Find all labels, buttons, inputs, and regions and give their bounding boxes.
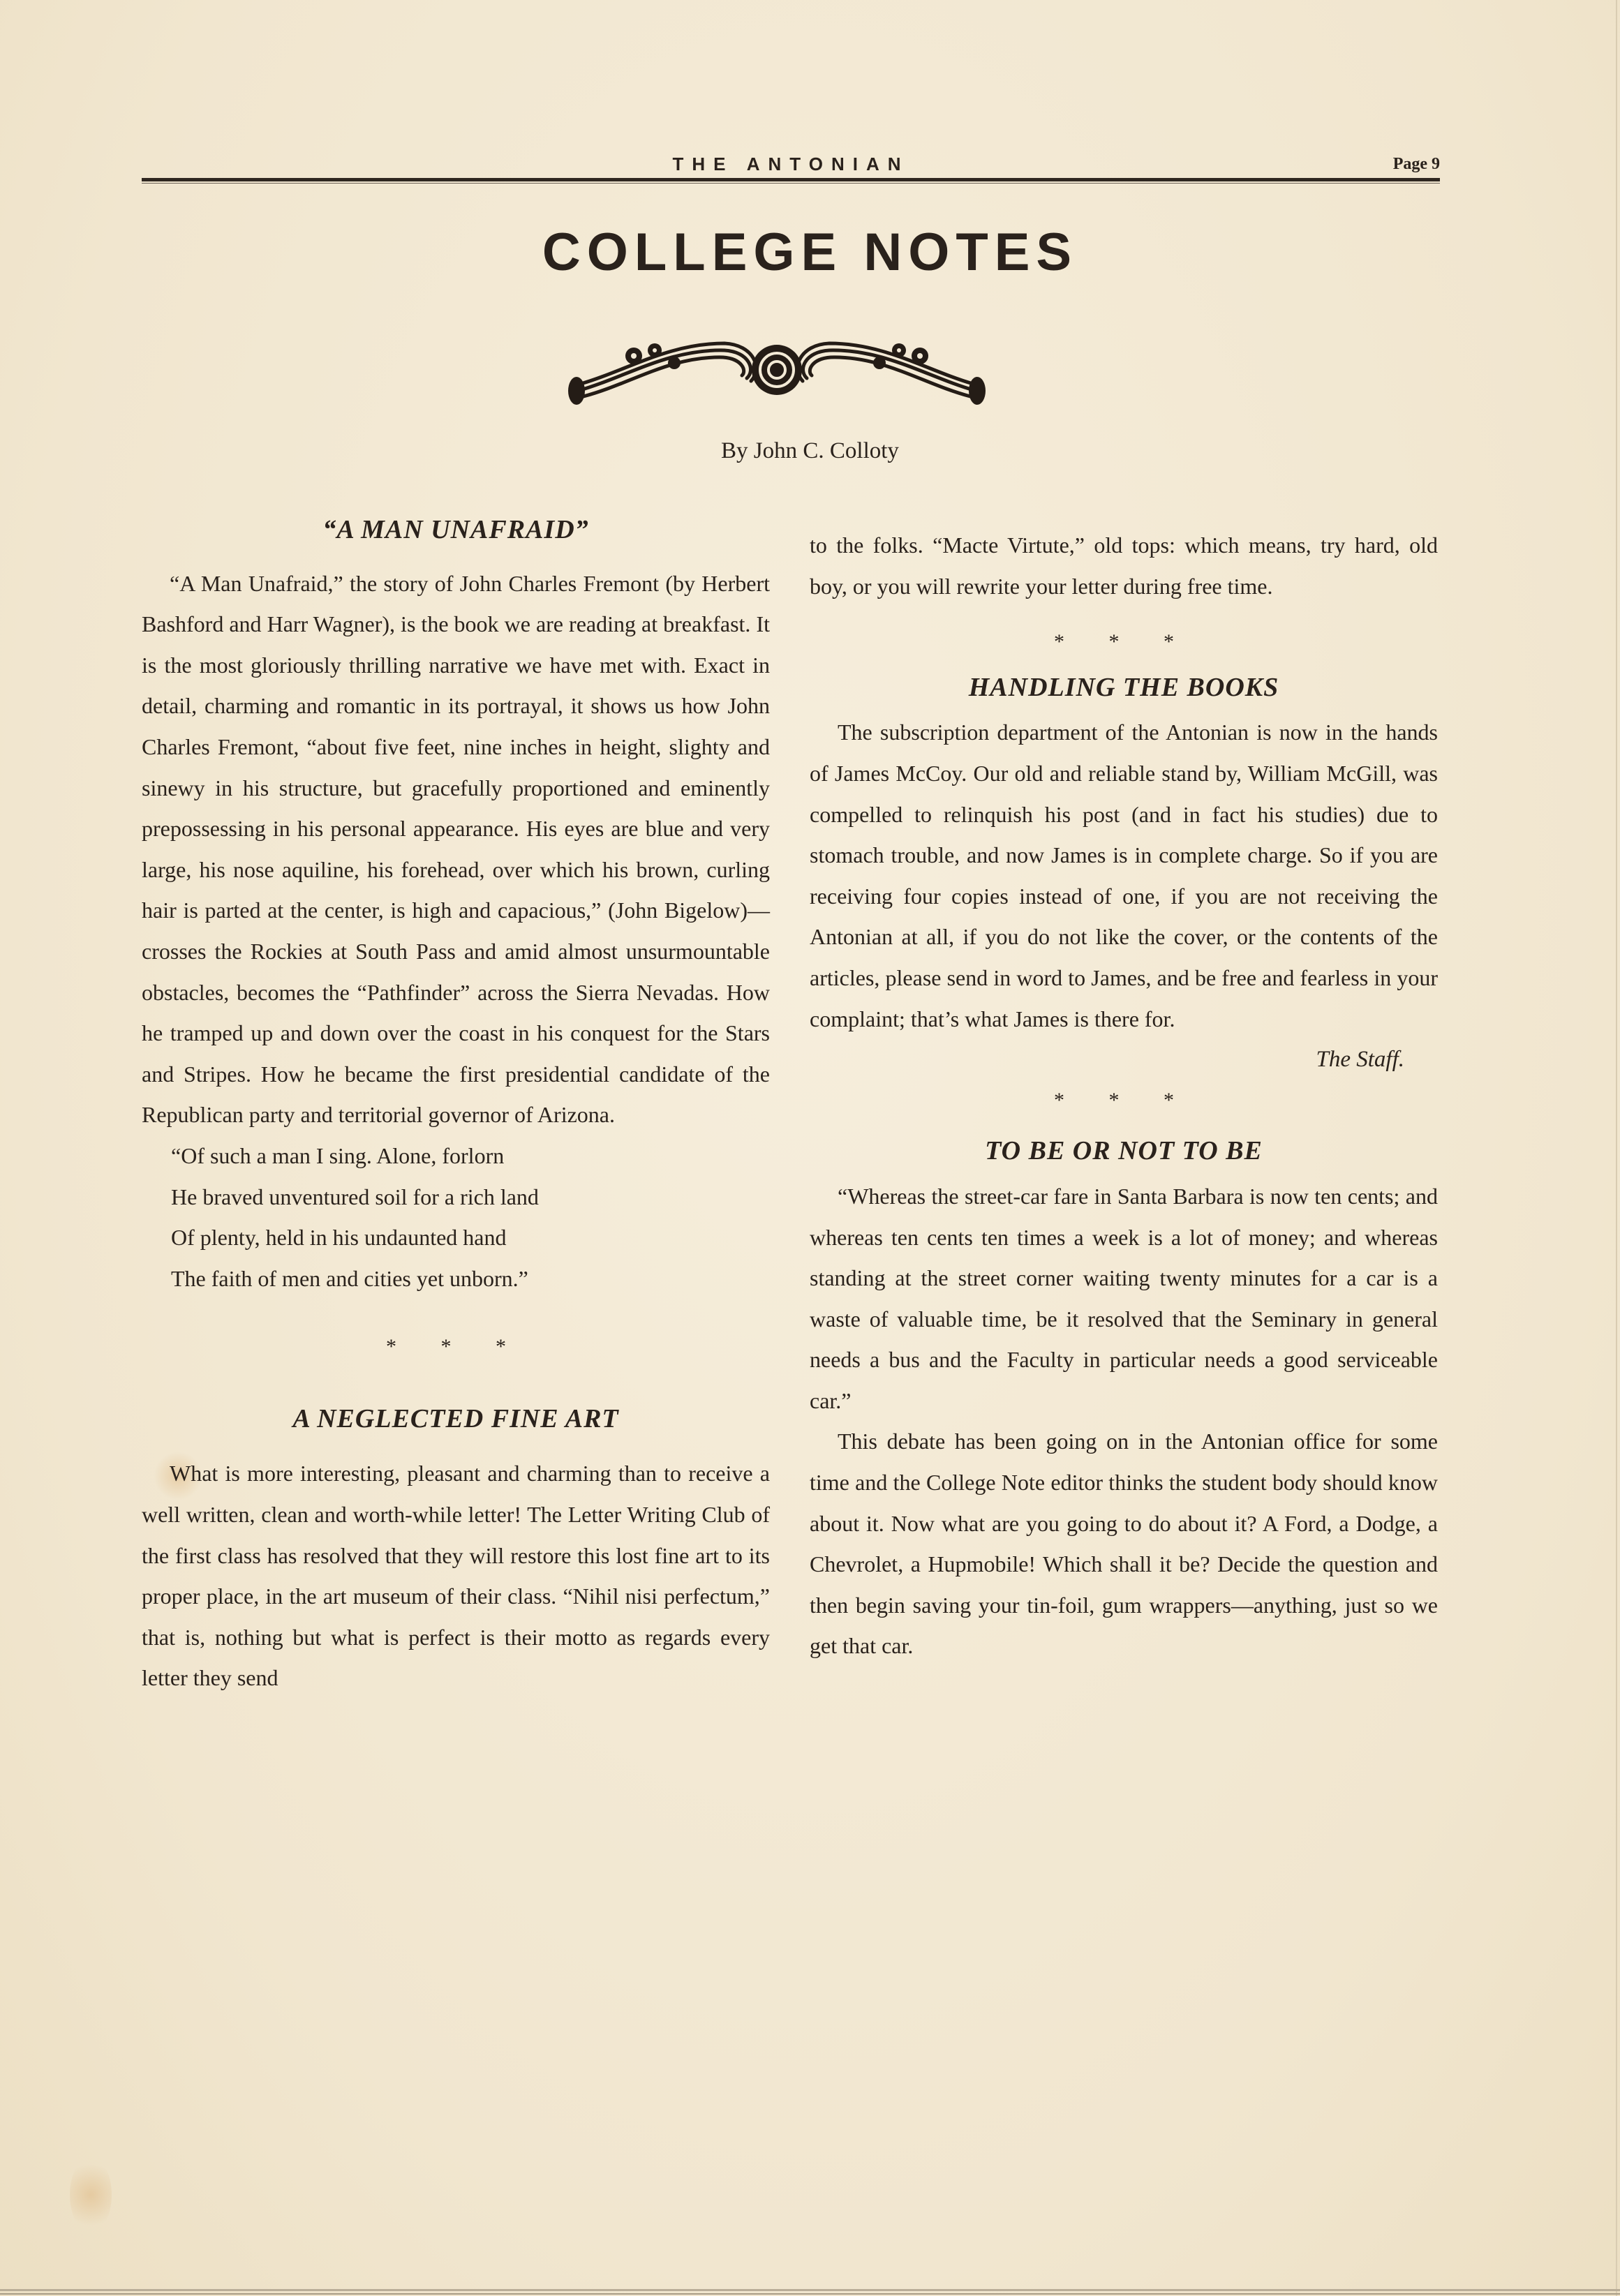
article-a-man-unafraid: “A MAN UNAFRAID” “A Man Unafraid,” the s…	[142, 509, 770, 1299]
verse-line: “Of such a man I sing. Alone, forlorn	[142, 1135, 770, 1177]
article-paragraph: The subscription department of the Anton…	[810, 712, 1438, 1039]
page-edge-bottom-shadow	[0, 2293, 1620, 2295]
verse-line: The faith of men and cities yet unborn.”	[142, 1258, 770, 1299]
article-paragraph: What is more interesting, pleasant and c…	[142, 1453, 770, 1699]
header-rule	[142, 178, 1440, 181]
article-heading: “A MAN UNAFRAID”	[142, 509, 770, 551]
running-head: THE ANTONIAN Page 9	[142, 154, 1440, 180]
floral-scroll-ornament-icon	[564, 335, 990, 405]
column-right: to the folks. “Macte Virtute,” old tops:…	[810, 525, 1438, 1667]
column-left: “A MAN UNAFRAID” “A Man Unafraid,” the s…	[142, 509, 770, 1699]
byline: By John C. Colloty	[0, 438, 1620, 464]
article-heading: HANDLING THE BOOKS	[810, 667, 1438, 708]
article-paragraph: “Whereas the street-car fare in Santa Ba…	[810, 1176, 1438, 1422]
separator-asterisks: * * *	[142, 1327, 770, 1368]
article-paragraph-continued: to the folks. “Macte Virtute,” old tops:…	[810, 525, 1438, 606]
signature: The Staff.	[810, 1039, 1438, 1080]
article-heading: TO BE OR NOT TO BE	[810, 1131, 1438, 1172]
header-rule-thin	[142, 183, 1440, 184]
separator-asterisks: * * *	[810, 622, 1438, 663]
publication-title: THE ANTONIAN	[142, 154, 1440, 175]
article-to-be-or-not-to-be: TO BE OR NOT TO BE “Whereas the street-c…	[810, 1131, 1438, 1667]
separator-asterisks: * * *	[810, 1080, 1438, 1121]
verse-line: He braved unventured soil for a rich lan…	[142, 1177, 770, 1218]
article-heading: A NEGLECTED FINE ART	[142, 1399, 770, 1440]
section-title: COLLEGE NOTES	[0, 222, 1620, 283]
page-edge-bottom	[0, 2289, 1620, 2291]
paper-stain	[70, 2156, 112, 2233]
article-paragraph: This debate has been going on in the Ant…	[810, 1421, 1438, 1667]
page-edge	[1616, 0, 1617, 2296]
article-handling-the-books: HANDLING THE BOOKS The subscription depa…	[810, 667, 1438, 1080]
article-neglected-fine-art: A NEGLECTED FINE ART What is more intere…	[142, 1399, 770, 1699]
verse-line: Of plenty, held in his undaunted hand	[142, 1217, 770, 1258]
article-paragraph: “A Man Unafraid,” the story of John Char…	[142, 563, 770, 1135]
page-number: Page 9	[1393, 155, 1440, 174]
verse-quote: “Of such a man I sing. Alone, forlorn He…	[142, 1135, 770, 1299]
